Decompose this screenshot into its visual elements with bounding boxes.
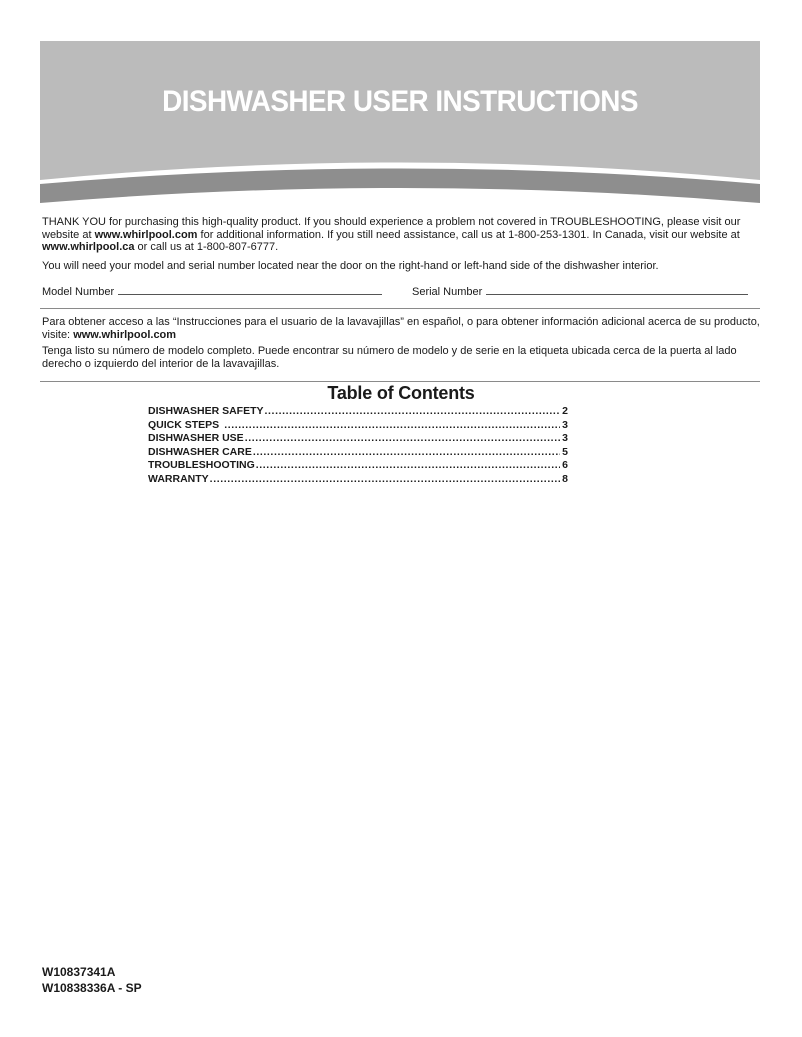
document-title: DISHWASHER USER INSTRUCTIONS [65,85,735,119]
header-banner: DISHWASHER USER INSTRUCTIONS [40,41,760,206]
spanish-model-note: Tenga listo su número de modelo completo… [42,345,762,370]
toc-title: Table of Contents [0,383,802,404]
website-link-es[interactable]: www.whirlpool.com [73,329,176,341]
toc-item-warranty[interactable]: WARRANTY8 [148,473,568,487]
spanish-paragraph: Para obtener acceso a las “Instrucciones… [42,316,762,341]
leader-dots [224,419,560,433]
part-number-sp: W10838336A - SP [42,980,142,996]
toc-item-dishwasher-safety[interactable]: DISHWASHER SAFETY2 [148,405,568,419]
model-number-label: Model Number [42,286,114,298]
serial-number-blank[interactable] [486,284,748,295]
model-number-field[interactable]: Model Number [42,284,382,299]
document-part-numbers: W10837341A W10838336A - SP [42,964,142,996]
model-serial-note: You will need your model and serial numb… [42,260,762,273]
website-link-ca[interactable]: www.whirlpool.ca [42,241,135,253]
serial-number-field[interactable]: Serial Number [412,284,748,299]
intro-paragraph: THANK YOU for purchasing this high-quali… [42,216,762,254]
leader-dots [265,405,561,419]
leader-dots [210,473,560,487]
toc-item-dishwasher-care[interactable]: DISHWASHER CARE5 [148,446,568,460]
leader-dots [245,432,560,446]
toc-item-troubleshooting[interactable]: TROUBLESHOOTING6 [148,459,568,473]
website-link-us[interactable]: www.whirlpool.com [95,229,198,241]
leader-dots [256,459,560,473]
serial-number-label: Serial Number [412,286,482,298]
model-number-blank[interactable] [118,284,382,295]
toc-item-quick-steps[interactable]: QUICK STEPS3 [148,419,568,433]
divider [40,308,760,309]
toc-item-dishwasher-use[interactable]: DISHWASHER USE3 [148,432,568,446]
table-of-contents: DISHWASHER SAFETY2 QUICK STEPS3 DISHWASH… [148,405,568,486]
leader-dots [253,446,560,460]
part-number-en: W10837341A [42,964,142,980]
divider [40,381,760,382]
banner-graphic [40,41,760,206]
